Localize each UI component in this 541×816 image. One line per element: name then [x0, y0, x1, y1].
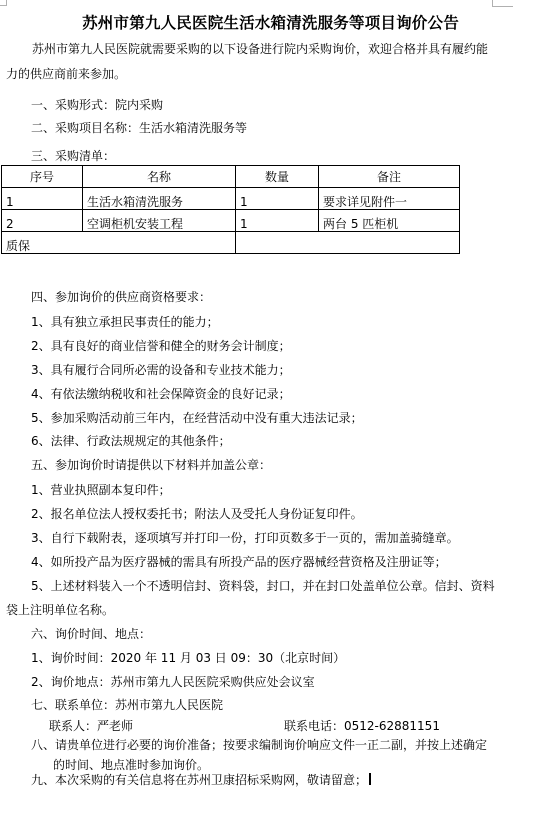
section-required-materials: 五、参加询价时请提供以下材料并加盖公章： [31, 458, 271, 472]
qualification-item: 6、法律、行政法规规定的其他条件； [31, 434, 231, 448]
contact-person: 联系人：严老师 [49, 719, 133, 733]
qualification-item: 2、具有良好的商业信誉和健全的财务会计制度； [31, 339, 291, 353]
material-item: 3、自行下载附表，逐项填写并打印一份，打印页数多于一页的，需加盖骑缝章。 [31, 531, 459, 545]
material-item: 4、如所投产品为医疗器械的需具有所投产品的医疗器械经营资格及注册证等； [31, 555, 447, 569]
section-time-place: 六、询价时间、地点： [31, 627, 151, 641]
intro-line-2: 力的供应商前来参加。 [6, 67, 126, 81]
section-contact-unit: 七、联系单位：苏州市第九人民医院 [31, 698, 223, 712]
cell-remark: 要求详见附件一 [319, 188, 460, 210]
qualification-item: 1、具有独立承担民事责任的能力； [31, 315, 219, 329]
section-preparation-line-2: 的时间、地点准时参加询价。 [53, 758, 209, 772]
table-row: 2 空调柜机安装工程 1 两台 5 匹柜机 [2, 210, 460, 232]
material-item: 1、营业执照副本复印件； [31, 483, 171, 497]
section-procurement-form: 一、采购形式：院内采购 [31, 98, 163, 112]
header-remark: 备注 [319, 166, 460, 188]
contact-phone: 联系电话：0512-62881151 [284, 719, 440, 733]
page-corner-mark-left [0, 0, 7, 6]
cell-index: 2 [2, 210, 83, 232]
cell-name: 生活水箱清洗服务 [83, 188, 236, 210]
text-cursor [369, 773, 371, 785]
section-preparation-line-1: 八、请贵单位进行必要的询价准备；按要求编制询价响应文件一正二副，并按上述确定 [31, 738, 487, 752]
document-title: 苏州市第九人民医院生活水箱清洗服务等项目询价公告 [0, 13, 541, 33]
section-supplier-qualifications: 四、参加询价的供应商资格要求： [31, 290, 211, 304]
qualification-item: 5、参加采购活动前三年内，在经营活动中没有重大违法记录； [31, 411, 363, 425]
qualification-item: 4、有依法缴纳税收和社会保障资金的良好记录； [31, 387, 291, 401]
procurement-table: 序号 名称 数量 备注 1 生活水箱清洗服务 1 要求详见附件一 2 空调柜机安… [1, 165, 460, 254]
qualification-item: 3、具有履行合同所必需的设备和专业技术能力； [31, 363, 291, 377]
warranty-label: 质保 [2, 232, 236, 254]
cell-quantity: 1 [236, 210, 319, 232]
section-project-name: 二、采购项目名称：生活水箱清洗服务等 [31, 121, 247, 135]
inquiry-time: 1、询价时间：2020 年 11 月 03 日 09：30（北京时间） [31, 651, 345, 665]
cell-name: 空调柜机安装工程 [83, 210, 236, 232]
info-notice-text: 九、本次采购的有关信息将在苏州卫康招标采购网，敬请留意； [31, 773, 367, 787]
header-name: 名称 [83, 166, 236, 188]
table-header-row: 序号 名称 数量 备注 [2, 166, 460, 188]
page-corner-mark-right [492, 0, 513, 7]
warranty-value [236, 232, 460, 254]
inquiry-place: 2、询价地点：苏州市第九人民医院采购供应处会议室 [31, 675, 315, 689]
header-index: 序号 [2, 166, 83, 188]
material-item-5-line-2: 袋上注明单位名称。 [6, 603, 114, 617]
material-item: 2、报名单位法人授权委托书；附法人及受托人身份证复印件。 [31, 507, 363, 521]
material-item-5-line-1: 5、上述材料装入一个不透明信封、资料袋，封口，并在封口处盖单位公章。信封、资料 [31, 579, 495, 593]
intro-line-1: 苏州市第九人民医院就需要采购的以下设备进行院内采购询价，欢迎合格并具有履约能 [32, 42, 488, 56]
section-procurement-list: 三、采购清单： [31, 149, 115, 163]
table-row: 1 生活水箱清洗服务 1 要求详见附件一 [2, 188, 460, 210]
cell-quantity: 1 [236, 188, 319, 210]
header-quantity: 数量 [236, 166, 319, 188]
cell-index: 1 [2, 188, 83, 210]
table-warranty-row: 质保 [2, 232, 460, 254]
cell-remark: 两台 5 匹柜机 [319, 210, 460, 232]
section-info-notice[interactable]: 九、本次采购的有关信息将在苏州卫康招标采购网，敬请留意； [31, 773, 371, 787]
